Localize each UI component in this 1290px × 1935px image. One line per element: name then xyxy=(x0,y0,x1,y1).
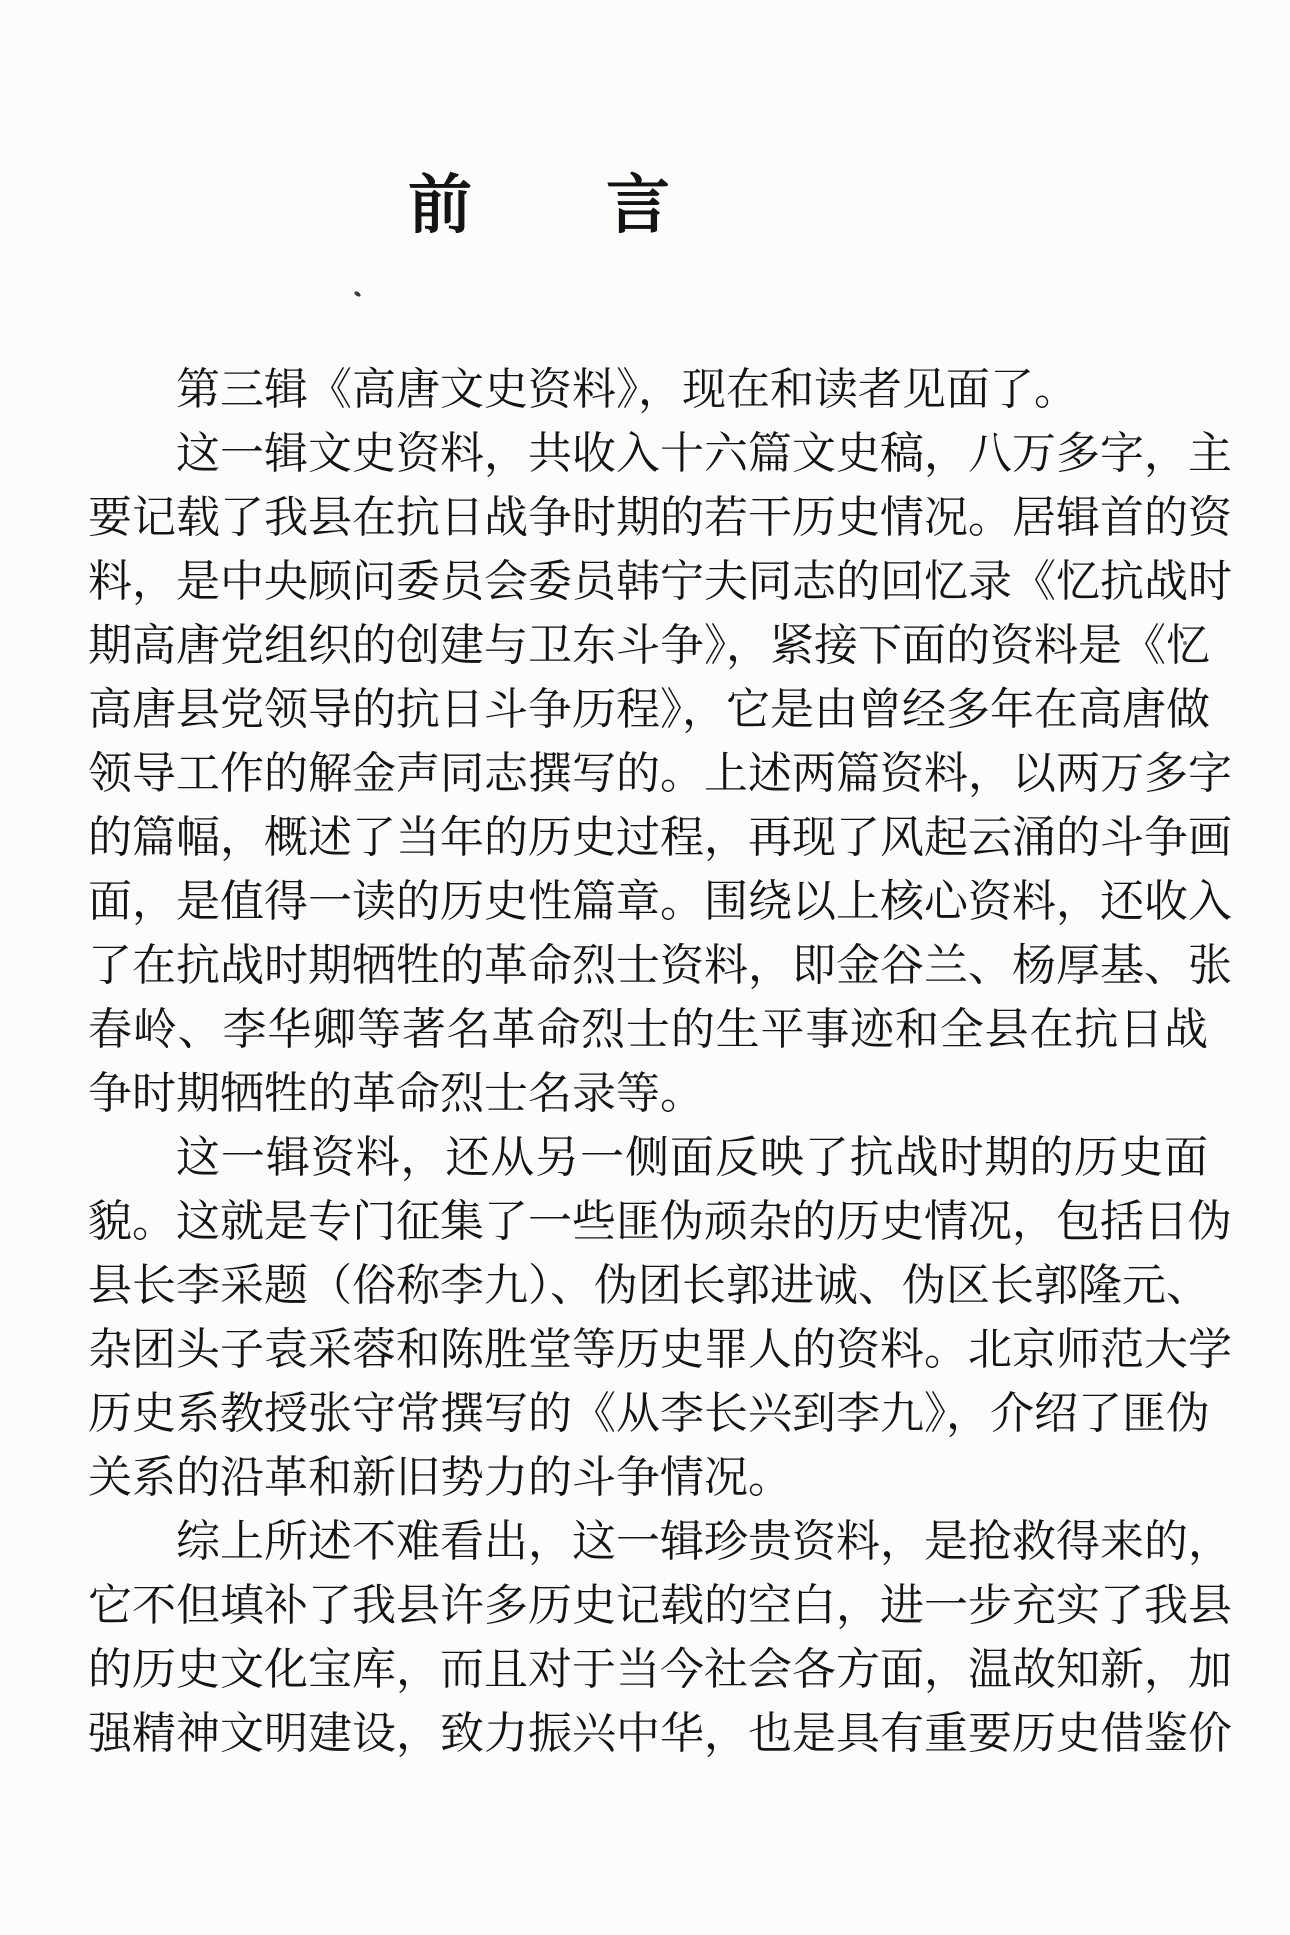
title-row: 前 言 xyxy=(0,168,1080,245)
text-line: 春岭、李华卿等著名革命烈士的生平事迹和全县在抗日战 xyxy=(88,998,1208,1062)
text-line: 关系的沿革和新旧势力的斗争情况。 xyxy=(88,1446,1208,1510)
text-line: 它不但填补了我县许多历史记载的空白，进一步充实了我县 xyxy=(88,1574,1208,1638)
text-line: 面，是值得一读的历史性篇章。围绕以上核心资料，还收入 xyxy=(88,870,1208,934)
document-body: 第三辑《高唐文史资料》，现在和读者见面了。这一辑文史资料，共收入十六篇文史稿，八… xyxy=(88,358,1208,1766)
page-title: 前 言 xyxy=(0,168,1080,245)
text-line: 县长李采题（俗称李九）、伪团长郭进诚、伪区长郭隆元、 xyxy=(88,1254,1208,1318)
scanned-page: 前 言 第三辑《高唐文史资料》，现在和读者见面了。这一辑文史资料，共收入十六篇文… xyxy=(0,0,1290,1935)
text-line: 历史系教授张守常撰写的《从李长兴到李九》，介绍了匪伪 xyxy=(88,1382,1208,1446)
text-line: 要记载了我县在抗日战争时期的若干历史情况。居辑首的资 xyxy=(88,486,1208,550)
text-line: 综上所述不难看出，这一辑珍贵资料，是抢救得来的， xyxy=(88,1510,1208,1574)
text-line: 这一辑资料，还从另一侧面反映了抗战时期的历史面 xyxy=(88,1126,1208,1190)
text-line: 强精神文明建设，致力振兴中华，也是具有重要历史借鉴价 xyxy=(88,1702,1208,1766)
text-line: 杂团头子袁采蓉和陈胜堂等历史罪人的资料。北京师范大学 xyxy=(88,1318,1208,1382)
text-line: 期高唐党组织的创建与卫东斗争》，紧接下面的资料是《忆 xyxy=(88,614,1208,678)
text-line: 料，是中央顾问委员会委员韩宁夫同志的回忆录《忆抗战时 xyxy=(88,550,1208,614)
text-line: 这一辑文史资料，共收入十六篇文史稿，八万多字，主 xyxy=(88,422,1208,486)
text-line: 了在抗战时期牺牲的革命烈士资料，即金谷兰、杨厚基、张 xyxy=(88,934,1208,998)
text-line: 领导工作的解金声同志撰写的。上述两篇资料，以两万多字 xyxy=(88,742,1208,806)
text-line: 貌。这就是专门征集了一些匪伪顽杂的历史情况，包括日伪 xyxy=(88,1190,1208,1254)
scan-speck xyxy=(353,290,361,297)
text-line: 的历史文化宝库，而且对于当今社会各方面，温故知新，加 xyxy=(88,1638,1208,1702)
text-line: 第三辑《高唐文史资料》，现在和读者见面了。 xyxy=(88,358,1208,422)
scan-speck xyxy=(1183,641,1187,645)
text-line: 的篇幅，概述了当年的历史过程，再现了风起云涌的斗争画 xyxy=(88,806,1208,870)
text-line: 争时期牺牲的革命烈士名录等。 xyxy=(88,1062,1208,1126)
text-line: 高唐县党领导的抗日斗争历程》，它是由曾经多年在高唐做 xyxy=(88,678,1208,742)
